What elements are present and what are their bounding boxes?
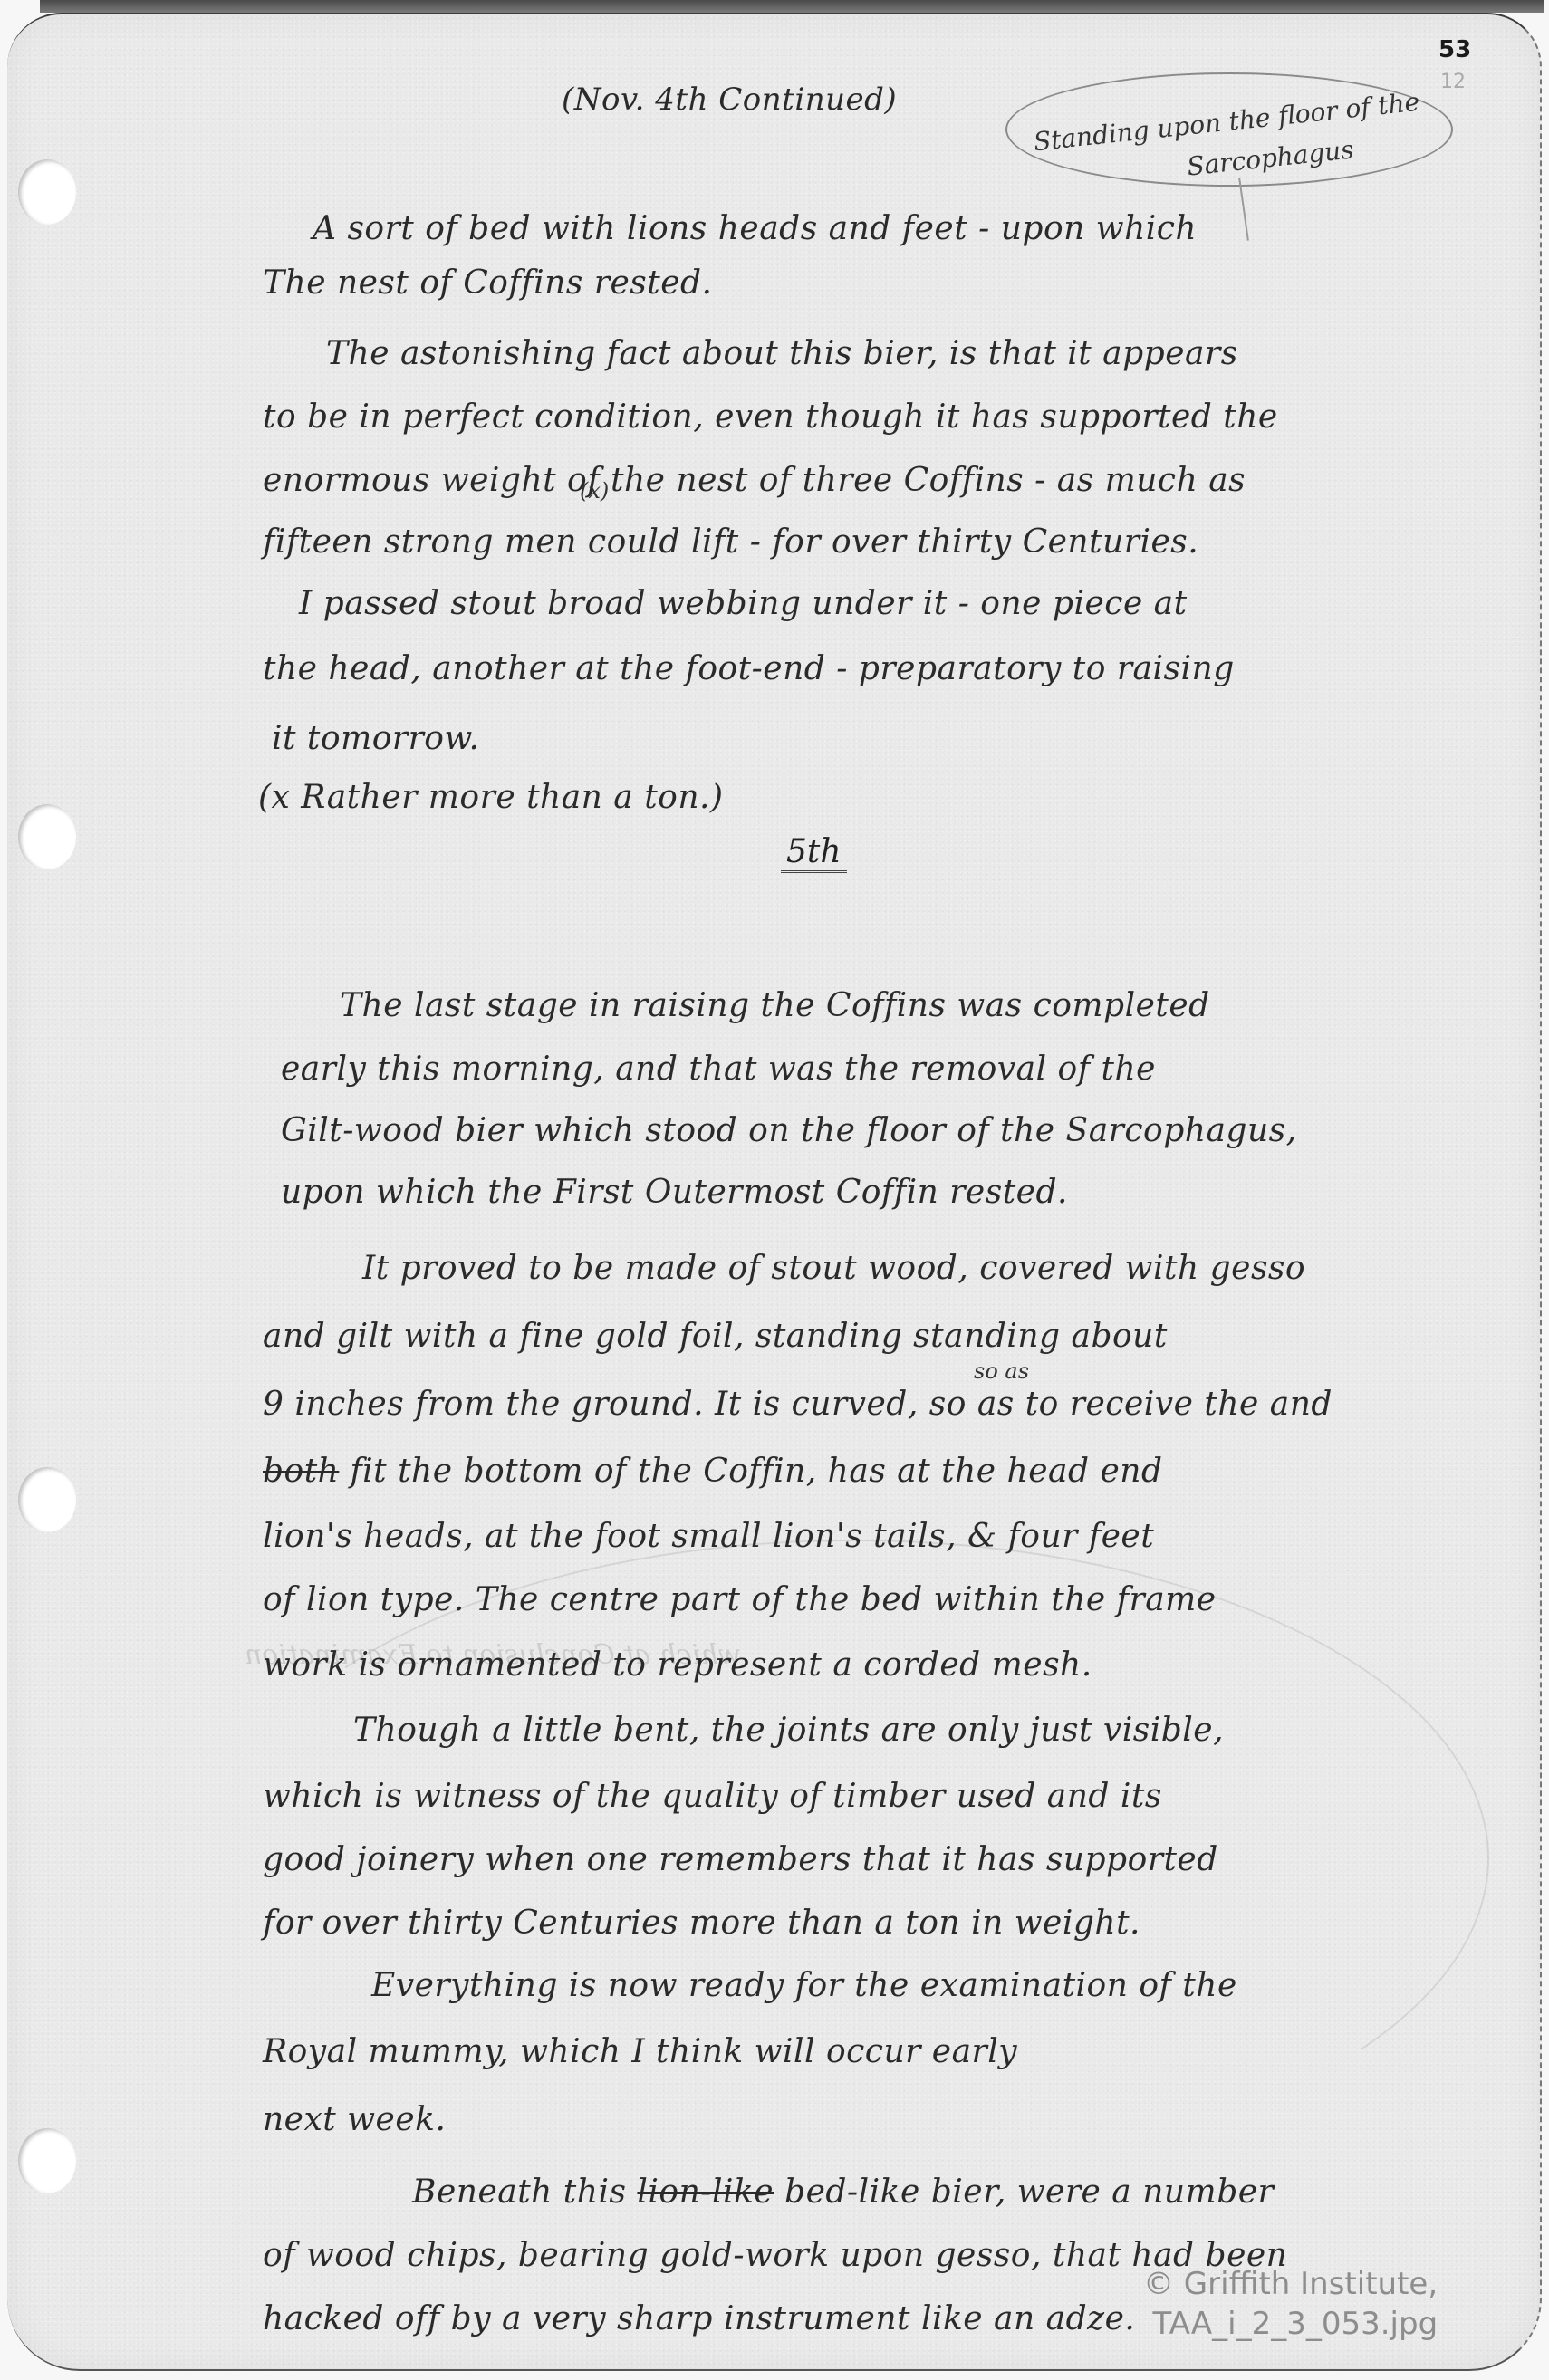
manuscript-line: good joinery when one remembers that it … [263,1841,1218,1878]
manuscript-line: of lion type. The centre part of the bed… [263,1581,1217,1618]
punch-hole-2 [18,804,76,869]
manuscript-line: it tomorrow. [272,720,479,757]
manuscript-line: A sort of bed with lions heads and feet … [313,210,1197,247]
manuscript-line: The nest of Coffins rested. [263,264,713,302]
manuscript-line: and gilt with a fine gold foil, standing… [263,1318,1168,1355]
punch-hole-1 [18,159,76,225]
manuscript-line: lion's heads, at the foot small lion's t… [263,1518,1154,1555]
footnote-marker: (x) [580,478,609,504]
manuscript-line: the head, another at the foot-end - prep… [263,650,1235,687]
manuscript-line: upon which the First Outermost Coffin re… [281,1174,1068,1211]
manuscript-line: I passed stout broad webbing under it - … [299,585,1188,622]
manuscript-line: which is witness of the quality of timbe… [263,1778,1162,1815]
manuscript-line: The last stage in raising the Coffins wa… [340,987,1210,1024]
line-text: bed-like bier, were a number [774,2174,1274,2211]
manuscript-line: Royal mummy, which I think will occur ea… [263,2033,1017,2070]
line-text: Beneath this [412,2174,637,2211]
pencil-mark: 12 [1440,71,1466,93]
struck-word: lion-like [637,2174,774,2211]
manuscript-line: (x Rather more than a ton.) [258,779,724,816]
manuscript-line: early this morning, and that was the rem… [281,1051,1156,1088]
page-number: 53 [1438,36,1471,63]
manuscript-line: work is ornamented to represent a corded… [263,1646,1092,1684]
insertion-so-as: so as [974,1358,1029,1384]
manuscript-line: enormous weight of the nest of three Cof… [263,462,1246,499]
page-heading: (Nov. 4th Continued) [562,82,897,118]
manuscript-line: Though a little bent, the joints are onl… [353,1712,1224,1749]
manuscript-line: It proved to be made of stout wood, cove… [362,1250,1305,1287]
manuscript-line: for over thirty Centuries more than a to… [263,1905,1140,1942]
manuscript-line: hacked off by a very sharp instrument li… [263,2300,1135,2337]
manuscript-line: 9 inches from the ground. It is curved, … [263,1386,1333,1423]
watermark-line-1: © Griffith Institute, [1143,2264,1438,2304]
date-section-mark: 5th [781,833,847,873]
manuscript-line: The astonishing fact about this bier, is… [326,335,1238,372]
punch-hole-4 [18,2128,76,2193]
watermark-line-2: TAA_i_2_3_053.jpg [1143,2304,1438,2344]
punch-hole-3 [18,1467,76,1532]
manuscript-line: Gilt-wood bier which stood on the floor … [281,1112,1297,1149]
manuscript-line: to be in perfect condition, even though … [263,398,1278,436]
manuscript-line: Beneath this lion-like bed-like bier, we… [412,2174,1274,2211]
copyright-watermark: © Griffith Institute, TAA_i_2_3_053.jpg [1143,2264,1438,2344]
manuscript-line: of wood chips, bearing gold-work upon ge… [263,2237,1287,2274]
scanner-top-band [40,0,1544,13]
struck-word: both [263,1453,339,1490]
line-text: fit the bottom of the Coffin, has at the… [339,1453,1162,1490]
manuscript-line: next week. [263,2101,446,2138]
manuscript-line: both fit the bottom of the Coffin, has a… [263,1453,1162,1490]
manuscript-line: Everything is now ready for the examinat… [371,1967,1237,2004]
manuscript-line: fifteen strong men could lift - for over… [263,523,1198,561]
